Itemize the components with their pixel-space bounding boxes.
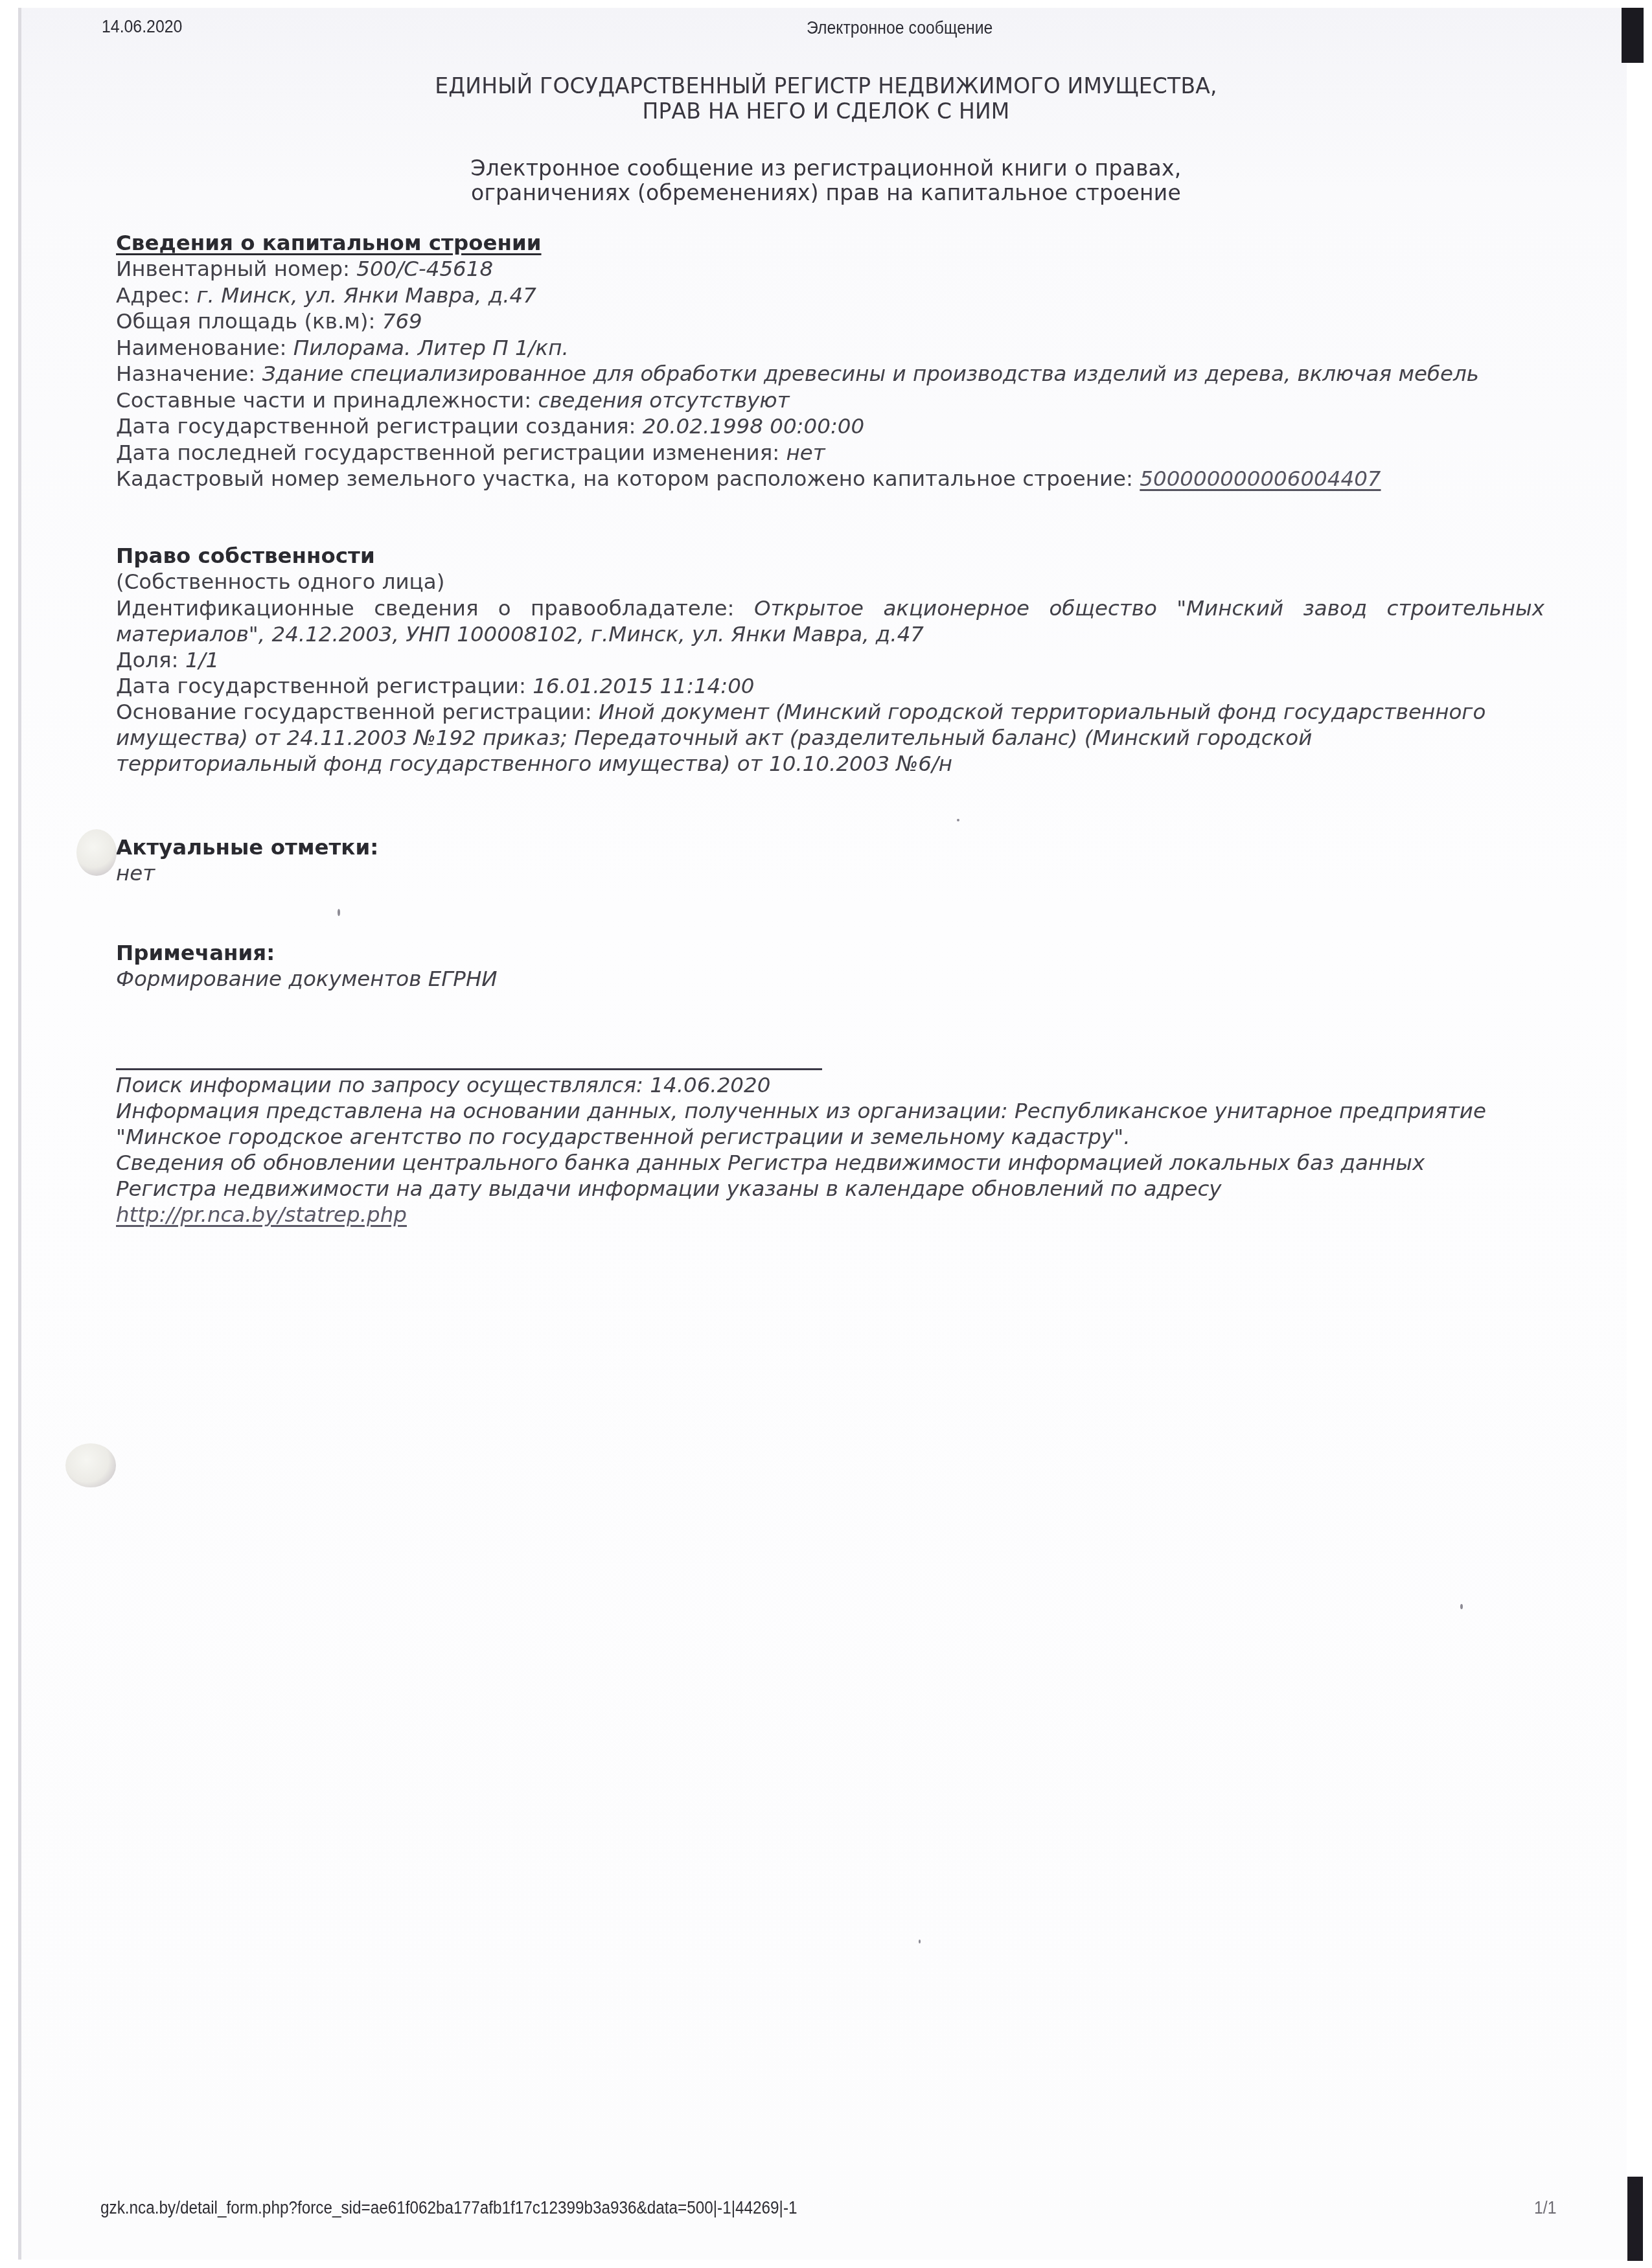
- field-label: Кадастровый номер земельного участка, на…: [116, 466, 1140, 491]
- building-field-row: Дата последней государственной регистрац…: [116, 441, 825, 465]
- document-title-line1: ЕДИНЫЙ ГОСУДАРСТВЕННЫЙ РЕГИСТР НЕДВИЖИМО…: [0, 73, 1652, 98]
- building-field-row: Назначение: Здание специализированное дл…: [116, 361, 1479, 386]
- field-value: г. Минск, ул. Янки Мавра, д.47: [196, 283, 536, 308]
- basis-value-1: Иной документ (Минский городской террито…: [599, 700, 1486, 724]
- print-footer-url: gzk.nca.by/detail_form.php?force_sid=ae6…: [100, 2198, 797, 2218]
- reg-date-line: Дата государственной регистрации: 16.01.…: [116, 674, 755, 698]
- building-field-row: Составные части и принадлежности: сведен…: [116, 388, 790, 413]
- building-field-row: Дата государственной регистрации создани…: [116, 414, 864, 439]
- share-line: Доля: 1/1: [116, 648, 219, 672]
- search-date: Поиск информации по запросу осуществлялс…: [116, 1073, 770, 1097]
- field-label: Адрес:: [116, 283, 196, 308]
- holder-line2: материалов", 24.12.2003, УНП 100008102, …: [116, 622, 924, 647]
- basis-label: Основание государственной регистрации:: [116, 700, 599, 724]
- notes-value: Формирование документов ЕГРНИ: [116, 967, 498, 991]
- field-label: Дата государственной регистрации создани…: [116, 414, 643, 439]
- field-value: Здание специализированное для обработки …: [262, 361, 1479, 386]
- current-marks-value: нет: [116, 861, 155, 886]
- building-field-row: Общая площадь (кв.м): 769: [116, 309, 422, 334]
- cadastral-number-link[interactable]: 500000000006004407: [1140, 466, 1381, 491]
- share-label: Доля:: [116, 648, 185, 672]
- field-label: Назначение:: [116, 361, 262, 386]
- scanner-edge-bottom-right: [1627, 2177, 1643, 2261]
- field-label: Составные части и принадлежности:: [116, 388, 538, 413]
- reg-date-value: 16.01.2015 11:14:00: [533, 674, 754, 698]
- ownership-heading: Право собственности: [116, 544, 375, 568]
- holder-value: Открытое акционерное общество "Минский з…: [754, 596, 1544, 621]
- holder-label: Идентификационные сведения о правооблада…: [116, 596, 754, 621]
- source-line1: Информация представлена на основании дан…: [116, 1099, 1486, 1123]
- scan-speck: [919, 1940, 921, 1943]
- field-label: Инвентарный номер:: [116, 257, 356, 281]
- hole-punch-top: [76, 829, 117, 876]
- building-field-row: Адрес: г. Минск, ул. Янки Мавра, д.47: [116, 283, 536, 308]
- document-subtitle-line2: ограничениях (обременениях) прав на капи…: [0, 180, 1652, 205]
- scanner-edge-top-right: [1622, 8, 1644, 63]
- field-value: 20.02.1998 00:00:00: [643, 414, 864, 439]
- field-value: сведения отсутствуют: [538, 388, 790, 413]
- field-label: Дата последней государственной регистрац…: [116, 441, 786, 465]
- update-line2: Регистра недвижимости на дату выдачи инф…: [116, 1176, 1222, 1201]
- building-section-heading: Сведения о капитальном строении: [116, 231, 542, 255]
- field-label: Общая площадь (кв.м):: [116, 309, 382, 334]
- current-marks-heading: Актуальные отметки:: [116, 835, 378, 860]
- building-field-row: Кадастровый номер земельного участка, на…: [116, 466, 1381, 491]
- print-date: 14.06.2020: [102, 17, 182, 37]
- reg-date-label: Дата государственной регистрации:: [116, 674, 533, 698]
- page-number: 1/1: [1534, 2198, 1557, 2218]
- source-line2: "Минское городское агентство по государс…: [116, 1125, 1130, 1149]
- footer-divider: [116, 1068, 822, 1070]
- hole-punch-bottom: [65, 1443, 116, 1487]
- basis-line3: территориальный фонд государственного им…: [116, 751, 952, 776]
- print-title: Электронное сообщение: [807, 18, 992, 38]
- share-value: 1/1: [185, 648, 219, 672]
- scan-speck: [338, 909, 340, 916]
- field-value: Пилорама. Литер П 1/кп.: [293, 336, 569, 360]
- scan-speck: [1460, 1604, 1463, 1609]
- document-subtitle-line1: Электронное сообщение из регистрационной…: [0, 155, 1652, 181]
- holder-line1: Идентификационные сведения о правооблада…: [116, 596, 1544, 621]
- ownership-type: (Собственность одного лица): [116, 569, 444, 594]
- document-title-line2: ПРАВ НА НЕГО И СДЕЛОК С НИМ: [0, 98, 1652, 124]
- basis-line2: имущества) от 24.11.2003 №192 приказ; Пе…: [116, 726, 1312, 750]
- field-value: нет: [786, 441, 825, 465]
- building-field-row: Инвентарный номер: 500/С-45618: [116, 257, 493, 281]
- update-line1: Сведения об обновлении центрального банк…: [116, 1151, 1425, 1175]
- field-value: 769: [382, 309, 422, 334]
- field-value: 500/С-45618: [356, 257, 493, 281]
- scan-speck: [957, 819, 959, 821]
- field-label: Наименование:: [116, 336, 293, 360]
- basis-line1: Основание государственной регистрации: И…: [116, 700, 1486, 724]
- notes-heading: Примечания:: [116, 941, 275, 965]
- statrep-link[interactable]: http://pr.nca.by/statrep.php: [116, 1202, 407, 1227]
- building-field-row: Наименование: Пилорама. Литер П 1/кп.: [116, 336, 569, 360]
